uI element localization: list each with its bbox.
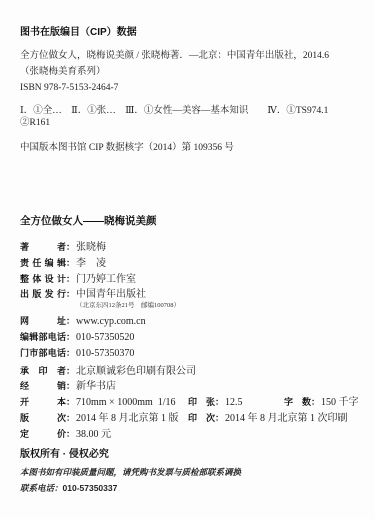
contact-phone: 010-57350337: [63, 483, 118, 493]
edition-value: 2014 年 8 月北京第 1 版: [76, 409, 188, 424]
row-colon: ：: [66, 287, 76, 300]
row-colon: ：: [66, 379, 76, 392]
cip-block: 图书在版编目（CIP）数据 全方位做女人，晓梅说美颜 / 张晓梅著．—北京：中国…: [20, 27, 364, 154]
row-value: 李 凌: [76, 254, 106, 269]
row-label: 经销: [20, 379, 66, 392]
row-format: 开本：710mm × 1000mm 1/16印 张：12.5字 数：150 千字: [20, 393, 365, 409]
row-colon: ：: [66, 346, 76, 359]
cip-heading: 图书在版编目（CIP）数据: [20, 27, 364, 39]
row-colon: ：: [215, 411, 225, 424]
row-distributor: 经销：新华书店: [20, 377, 365, 393]
cip-isbn: ISBN 978-7-5153-2464-7: [20, 82, 364, 94]
row-label: 承印者: [20, 364, 66, 377]
row-author: 著者：张晓梅: [20, 238, 365, 254]
row-colon: ：: [66, 411, 76, 424]
row-label: 出版发行: [20, 287, 66, 300]
publisher-address-note: （北京东四12条21号 邮编100708）: [76, 301, 365, 314]
row-label: 整体设计: [20, 272, 66, 285]
row-editor: 责任编辑：李 凌: [20, 254, 365, 270]
row-value: 张晓梅: [76, 238, 106, 253]
row-value: 010-57350520: [76, 332, 134, 343]
book-copyright-page: 图书在版编目（CIP）数据 全方位做女人，晓梅说美颜 / 张晓梅著．—北京：中国…: [0, 0, 375, 519]
row-colon: ：: [66, 364, 76, 377]
row-label: 编辑部电话: [20, 330, 66, 343]
cip-series-line: （张晓梅美育系列）: [20, 66, 364, 78]
row-colon: ：: [66, 240, 76, 253]
cip-title-line: 全方位做女人，晓梅说美颜 / 张晓梅著．—北京：中国青年出版社，2014.6: [20, 50, 364, 62]
rights-block: 版权所有 · 侵权必究 本图书如有印装质量问题，请凭购书发票与质检部联系调换 联…: [20, 448, 360, 495]
row-label: 门市部电话: [20, 346, 66, 359]
row-edition: 版次：2014 年 8 月北京第 1 版印 次：2014 年 8 月北京第 1 …: [20, 409, 365, 425]
sheets-label: 印 张: [188, 395, 215, 408]
impression-value: 2014 年 8 月北京第 1 次印刷: [225, 409, 348, 424]
row-value: www.cyp.com.cn: [76, 316, 146, 327]
row-colon: ：: [66, 272, 76, 285]
row-value: 北京顺诚彩色印刷有限公司: [76, 362, 196, 377]
price-value: 38.00 元: [76, 425, 111, 440]
colophon-rows: 著者：张晓梅 责任编辑：李 凌 整体设计：门乃婷工作室 出版发行：中国青年出版社…: [20, 238, 365, 441]
row-printer: 承印者：北京顺诚彩色印刷有限公司: [20, 362, 365, 378]
row-label: 开本: [20, 395, 66, 408]
row-value: 门乃婷工作室: [76, 270, 136, 285]
cip-classification: Ⅰ．①全… Ⅱ．①张… Ⅲ．①女性—美容—基本知识 Ⅳ．①TS974.1 ②R1…: [20, 105, 364, 129]
row-label: 著者: [20, 240, 66, 253]
row-value: 010-57350370: [76, 348, 134, 359]
row-colon: ：: [311, 395, 321, 408]
colophon-block: 全方位做女人——晓梅说美颜 著者：张晓梅 责任编辑：李 凌 整体设计：门乃婷工作…: [20, 214, 365, 441]
wordcount-value: 150 千字: [321, 393, 359, 408]
row-colon: ：: [66, 314, 76, 327]
book-title: 全方位做女人——晓梅说美颜: [20, 214, 365, 228]
contact-line: 联系电话：010-57350337: [20, 482, 360, 495]
row-designer: 整体设计：门乃婷工作室: [20, 270, 365, 286]
cip-record-number: 中国版本图书馆 CIP 数据核字（2014）第 109356 号: [20, 142, 364, 154]
row-price: 定价：38.00 元: [20, 425, 365, 441]
row-label: 版次: [20, 411, 66, 424]
rights-statement: 版权所有 · 侵权必究: [20, 448, 360, 461]
row-colon: ：: [66, 256, 76, 269]
row-colon: ：: [66, 395, 76, 408]
row-label: 责任编辑: [20, 256, 66, 269]
format-value: 710mm × 1000mm 1/16: [76, 397, 188, 408]
wordcount-label: 字 数: [284, 395, 311, 408]
row-value: 中国青年出版社: [76, 285, 146, 300]
row-colon: ：: [66, 427, 76, 440]
row-editorial-phone: 编辑部电话：010-57350520: [20, 330, 365, 346]
quality-notice: 本图书如有印装质量问题，请凭购书发票与质检部联系调换: [20, 466, 360, 479]
row-label: 网址: [20, 314, 66, 327]
row-store-phone: 门市部电话：010-57350370: [20, 346, 365, 362]
impression-label: 印 次: [188, 411, 215, 424]
row-publisher: 出版发行：中国青年出版社: [20, 285, 365, 301]
row-value: 新华书店: [76, 377, 116, 392]
contact-label: 联系电话：: [20, 483, 63, 493]
sheets-value: 12.5: [225, 397, 284, 408]
row-colon: ：: [215, 395, 225, 408]
row-website: 网址：www.cyp.com.cn: [20, 314, 365, 330]
row-colon: ：: [66, 330, 76, 343]
row-label: 定价: [20, 427, 66, 440]
